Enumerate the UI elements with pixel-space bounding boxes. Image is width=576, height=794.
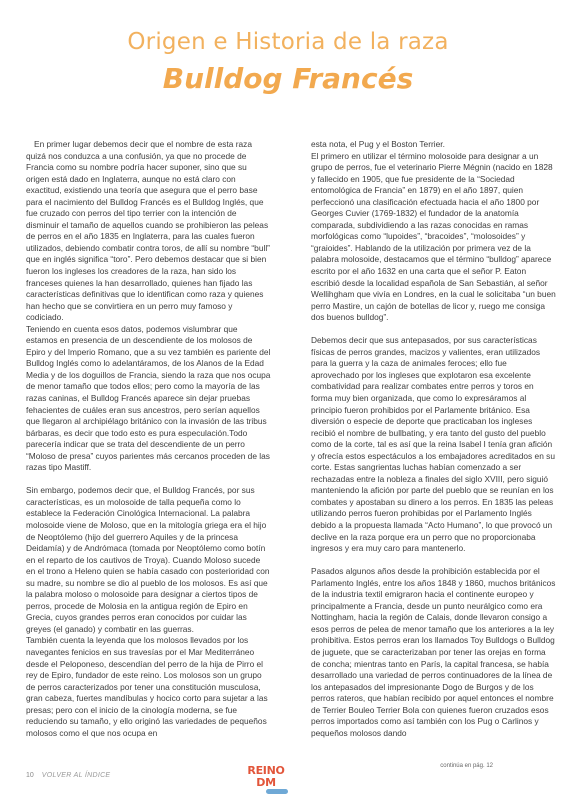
paragraph: Debemos decir que sus antepasados, por s…	[311, 335, 556, 554]
paragraph: Sin embargo, podemos decir que, el Bulld…	[26, 485, 271, 635]
page-footer: 10 VOLVER AL ÍNDICE	[26, 772, 110, 779]
brand-logo: REINO DM	[236, 765, 296, 787]
page-number: 10	[26, 772, 34, 779]
continue-note: continúa en pág. 12	[440, 763, 493, 769]
paragraph: esta nota, el Pug y el Boston Terrier.	[311, 139, 556, 151]
paragraph: También cuenta la leyenda que los moloso…	[26, 635, 271, 739]
article-header: Origen e Historia de la raza Bulldog Fra…	[0, 28, 576, 96]
paragraph: En primer lugar debemos decir que el nom…	[26, 139, 271, 324]
back-to-index-link[interactable]: VOLVER AL ÍNDICE	[42, 772, 111, 779]
article-body: En primer lugar debemos decir que el nom…	[26, 139, 556, 739]
article-title-line2: Bulldog Francés	[0, 62, 576, 96]
article-title-line1: Origen e Historia de la raza	[0, 28, 576, 56]
column-right: esta nota, el Pug y el Boston Terrier. E…	[311, 139, 556, 739]
paragraph: Teniendo en cuenta esos datos, podemos v…	[26, 324, 271, 474]
logo-badge-icon	[266, 789, 288, 794]
paragraph: Pasados algunos años desde la prohibició…	[311, 566, 556, 739]
paragraph: El primero en utilizar el término moloso…	[311, 151, 556, 324]
column-left: En primer lugar debemos decir que el nom…	[26, 139, 271, 739]
logo-text: REINO DM	[236, 765, 296, 789]
